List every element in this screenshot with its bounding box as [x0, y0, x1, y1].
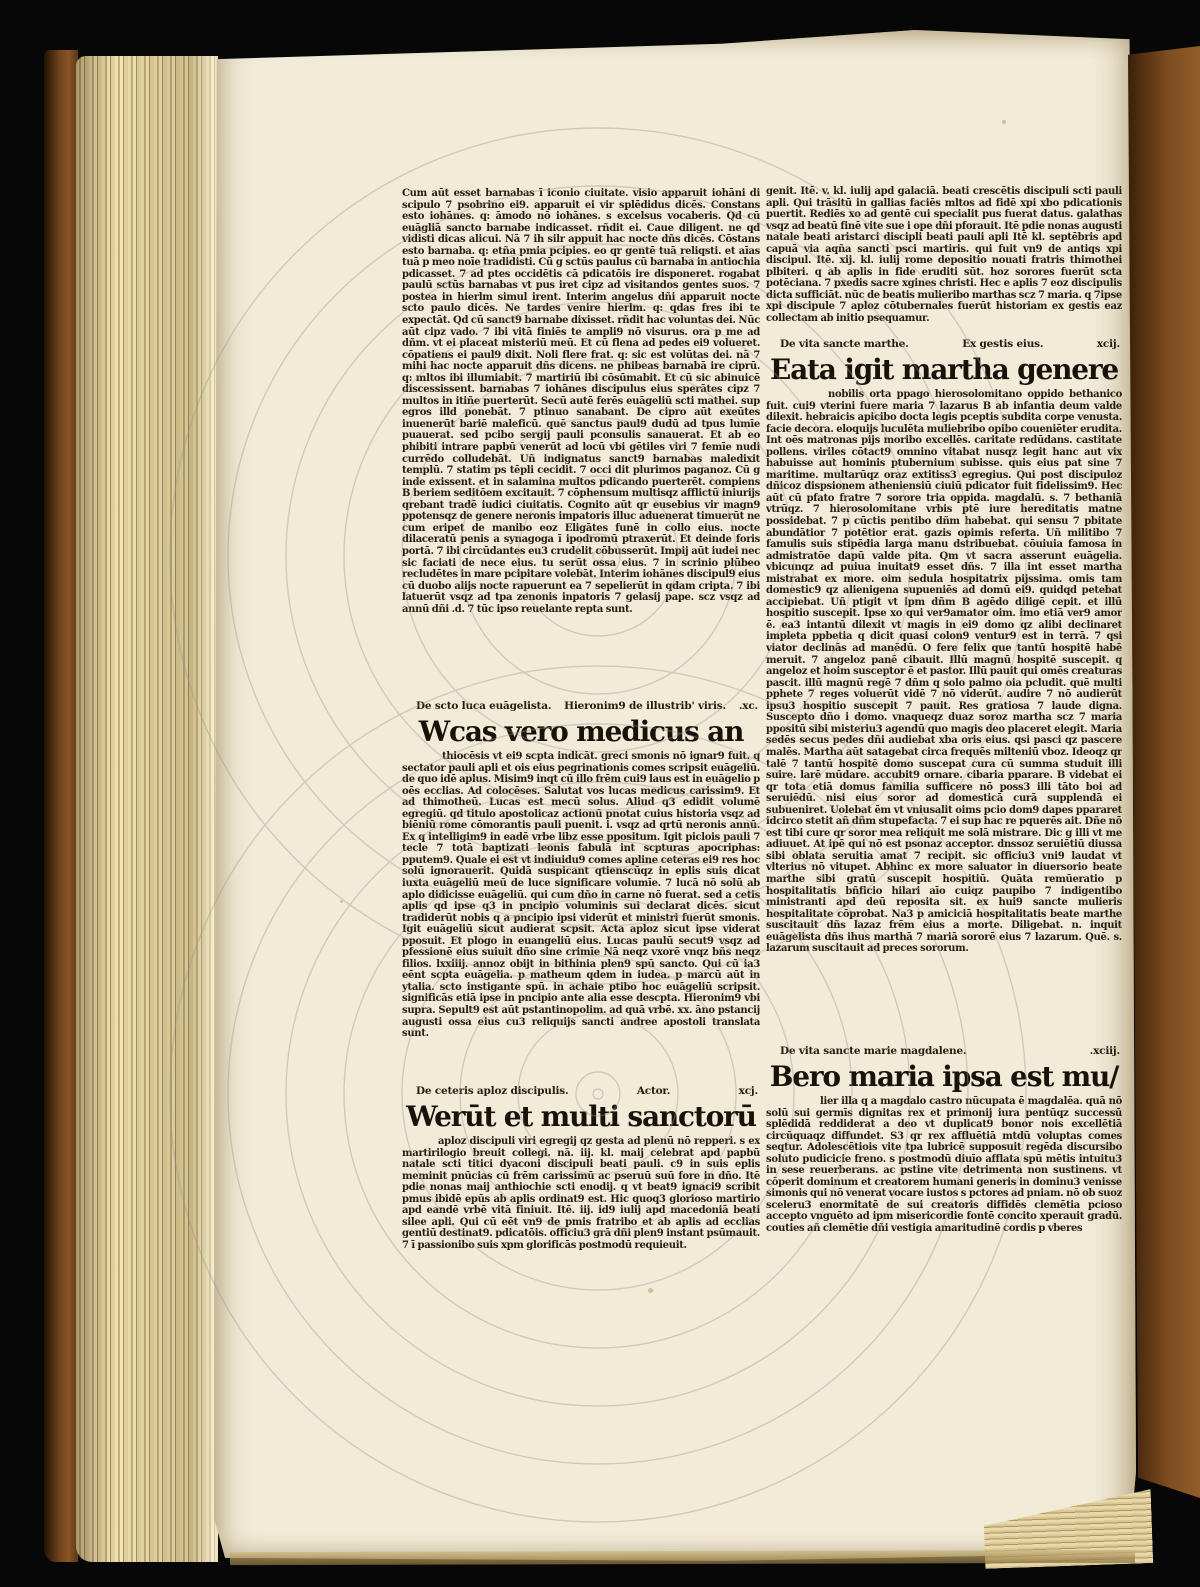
chapter-number: xcij. [1097, 338, 1120, 350]
page-stack-fore-edge [76, 56, 218, 1562]
book-photograph: Cum aūt esset barnabas ī iconio ciuitate… [0, 0, 1200, 1587]
incipit-heading-lucas: Wcas vero medicus an [402, 716, 760, 747]
rubric-source: Actor. [637, 1085, 670, 1097]
chapter-number: .xc. [739, 700, 758, 712]
body-text-lucas: thiocēsis vt ei9 scpta indicāt. greci sm… [402, 751, 760, 1077]
text-column-right: genit. Itē. v. kl. iulij apd galaciā. be… [766, 186, 1122, 1264]
right-leather-cover [1128, 46, 1200, 1498]
foxing-spot [340, 900, 343, 903]
rubric-title: De scto luca euāgelista. [416, 700, 551, 712]
body-text-martha: nobilis orta ppago hierosolomitano oppid… [766, 389, 1122, 1037]
body-text-disciples: aploz discipuli viri egregij qz gesta ad… [402, 1136, 760, 1276]
foxing-spot [648, 1288, 653, 1293]
body-text-crescens: genit. Itē. v. kl. iulij apd galaciā. be… [766, 186, 1122, 338]
rubric-source: Ex gestis eius. [962, 338, 1043, 350]
rubric-luke: De scto luca euāgelista. Hieronim9 de il… [402, 700, 760, 713]
rubric-magdalene: De vita sancte marie magdalene. .xciij. [766, 1045, 1122, 1058]
text-column-left: Cum aūt esset barnabas ī iconio ciuitate… [402, 188, 760, 1276]
incipit-heading-martha: Eata igit martha genere [766, 354, 1122, 385]
foxing-spot [1002, 120, 1006, 124]
incipit-heading-fuerunt: Werūt et multi sanctorū [402, 1101, 760, 1132]
rubric-apostles-disciples: De ceteris aploz discipulis. Actor. xcj. [402, 1085, 760, 1098]
rubric-martha: De vita sancte marthe. Ex gestis eius. x… [766, 338, 1122, 351]
page-bottom-edge [230, 1550, 1135, 1565]
chapter-number: .xciij. [1090, 1045, 1120, 1057]
rubric-source: Hieronim9 de illustrib' viris. [564, 700, 726, 712]
rubric-title: De vita sancte marie magdalene. [780, 1045, 966, 1057]
chapter-number: xcj. [739, 1085, 758, 1097]
body-text-magdalene: lier illa q a magdalo castro nūcupata ē … [766, 1096, 1122, 1264]
left-leather-cover [44, 50, 78, 1562]
rubric-title: De vita sancte marthe. [780, 338, 909, 350]
rubric-title: De ceteris aploz discipulis. [416, 1085, 568, 1097]
body-text-barnabas: Cum aūt esset barnabas ī iconio ciuitate… [402, 188, 760, 700]
incipit-heading-magdalene: Bero maria ipsa est mu/ [766, 1061, 1122, 1092]
